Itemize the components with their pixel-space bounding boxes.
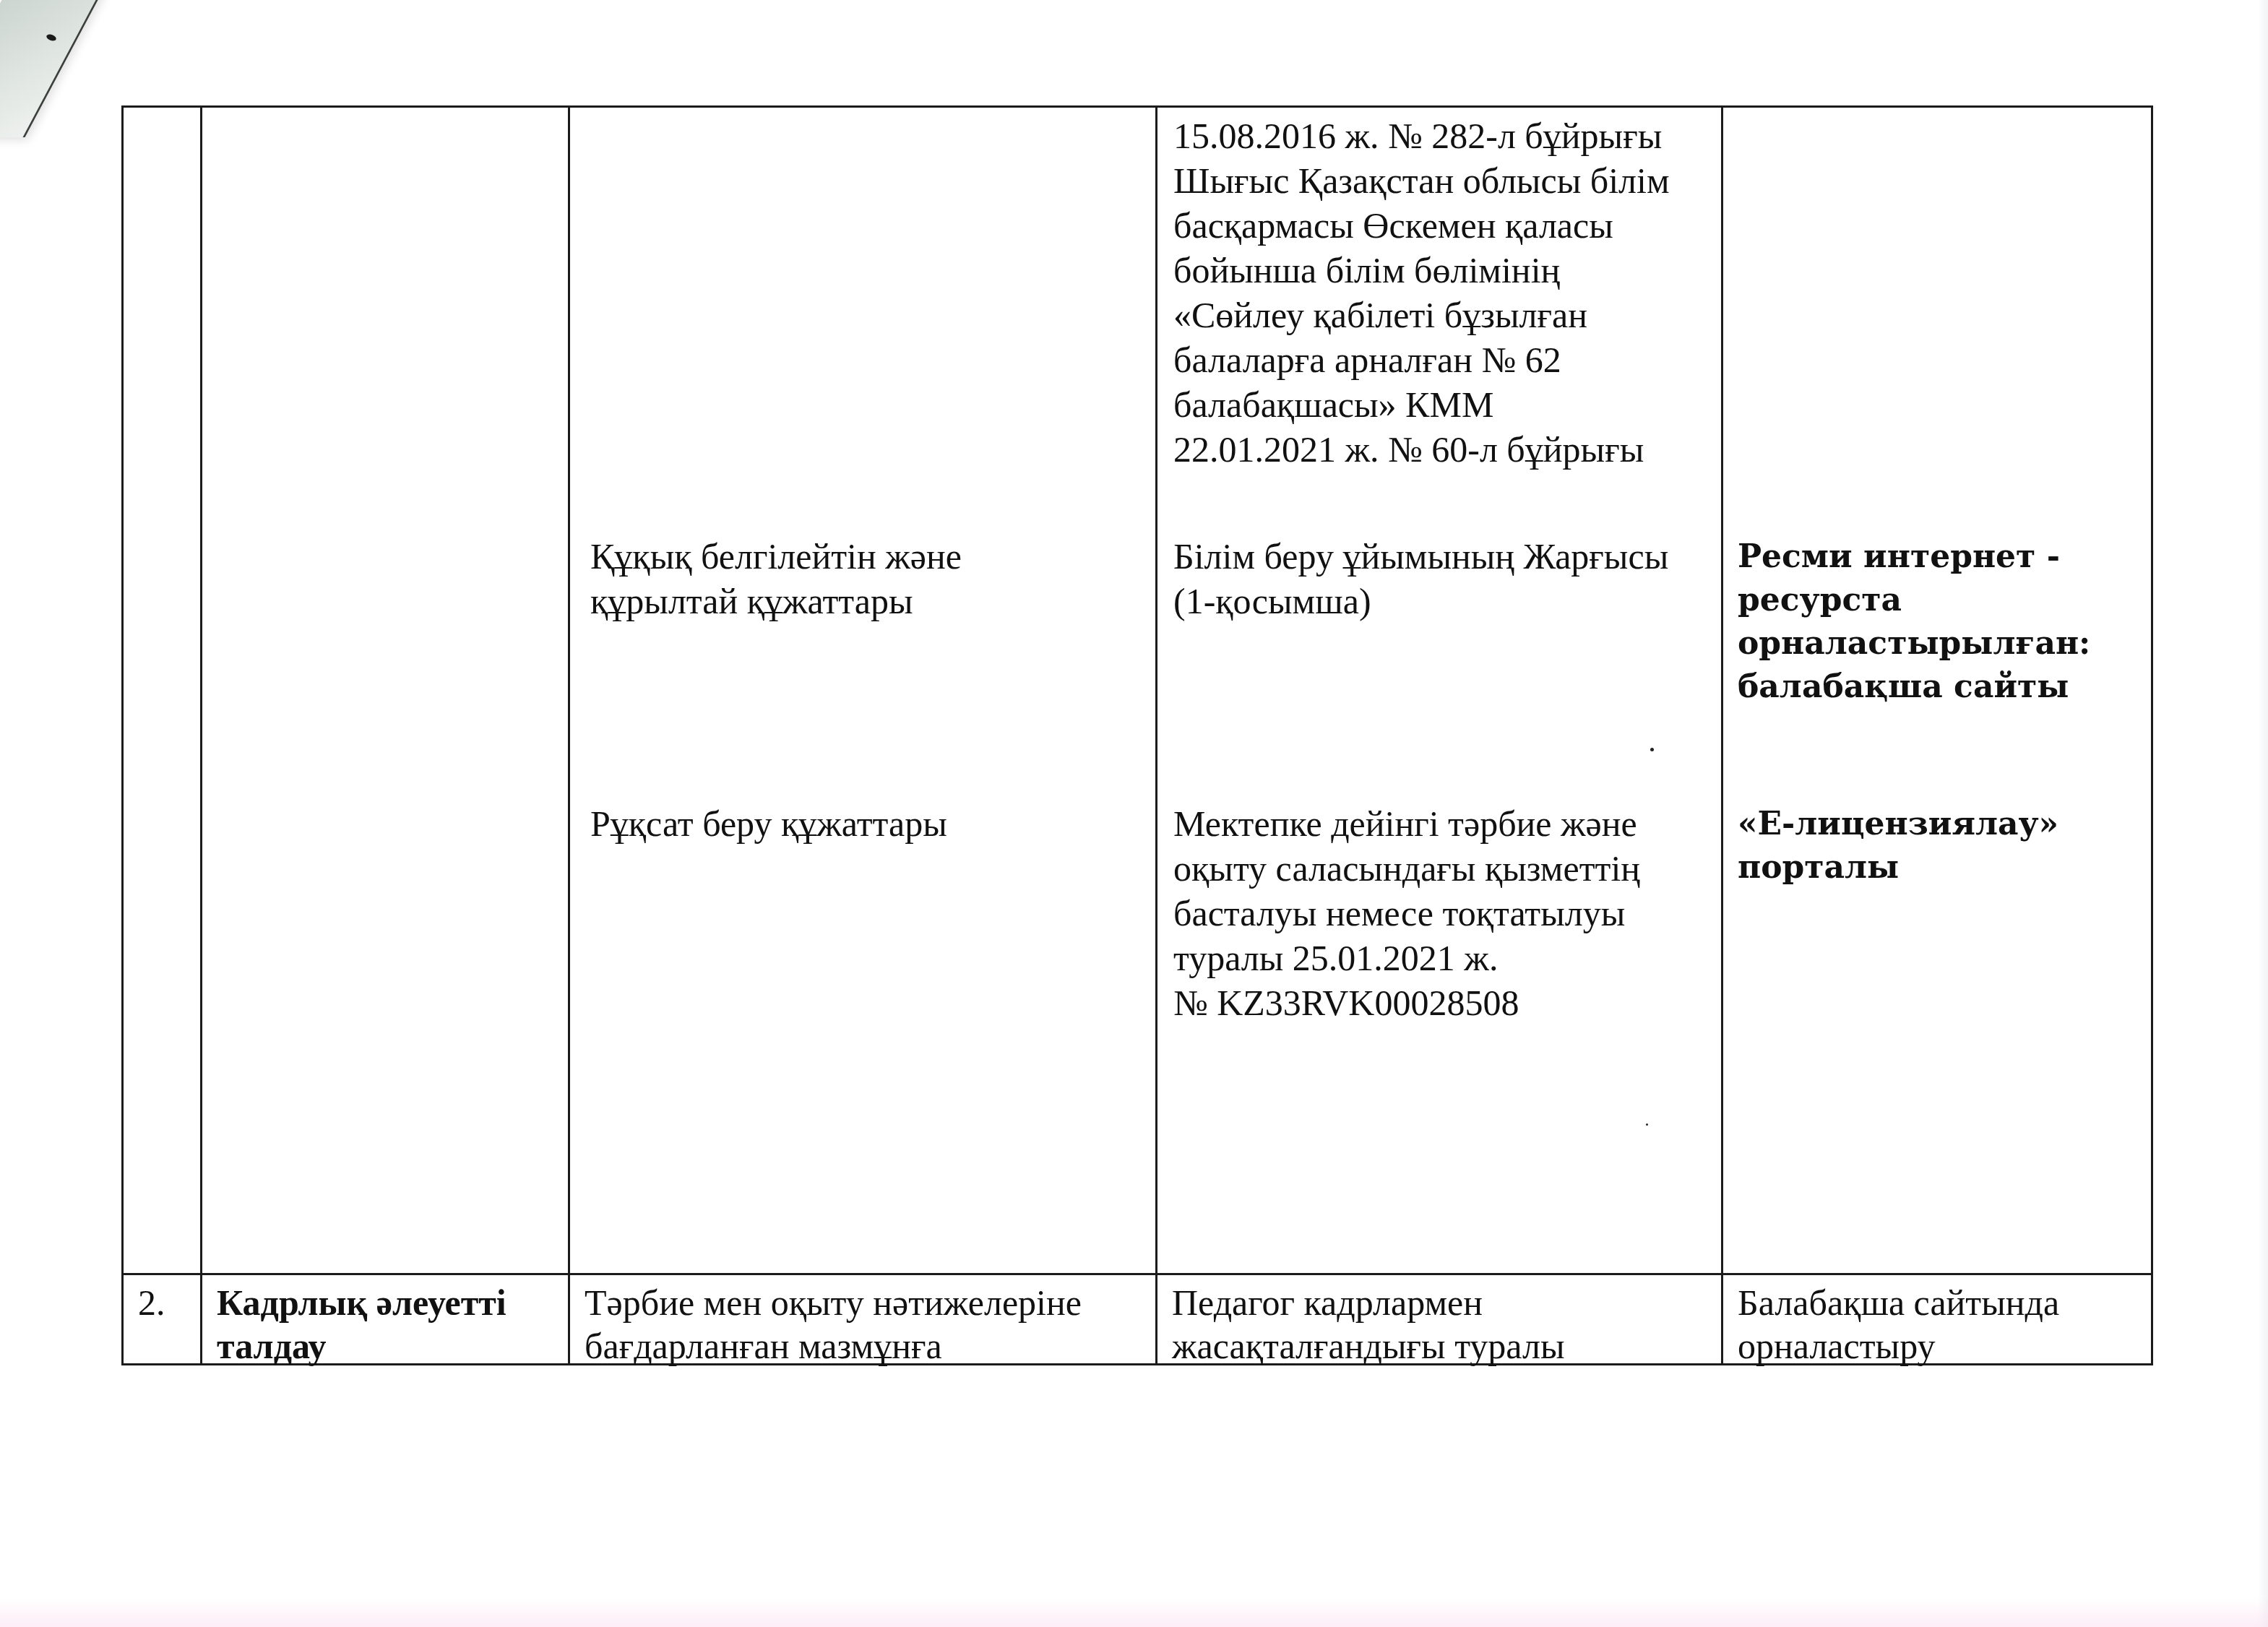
document-orders: 15.08.2016 ж. № 282-л бұйрығы Шығыс Қаза… (1173, 113, 1670, 472)
cell-number (123, 107, 202, 1274)
document-type-founding: Құқық белгілейтін және құрылтай құжаттар… (590, 534, 962, 623)
scan-bottom-edge (0, 1598, 2268, 1627)
scan-speck (1650, 748, 1654, 751)
cell-section: Кадрлық әлеуетті талдау (202, 1274, 569, 1365)
document-table: Құқық белгілейтін және құрылтай құжаттар… (121, 105, 2153, 1365)
cell-document-type: Тәрбие мен оқыту нәтижелеріне бағдарланғ… (569, 1274, 1157, 1365)
section-title: Кадрлық әлеуетті талдау (217, 1281, 506, 1368)
document-type-permit: Рұқсат беру құжаттары (590, 801, 947, 846)
scan-page-corner (0, 0, 109, 137)
table-row: 2. Кадрлық әлеуетті талдау Тәрбие мен оқ… (123, 1274, 2152, 1365)
row-number: 2. (138, 1281, 165, 1324)
scan-right-edge (2258, 0, 2268, 1627)
cell-section (202, 107, 569, 1274)
document-charter: Білім беру ұйымының Жарғысы (1-қосымша) (1173, 534, 1668, 623)
location-website: Ресми интернет - ресурста орналастырылға… (1738, 535, 2090, 709)
cell-location: Ресми интернет - ресурста орналастырылға… (1722, 107, 2152, 1274)
location-e-license-portal: «Е-лицензиялау» порталы (1738, 803, 2058, 889)
scan-speck (1646, 1123, 1648, 1126)
document-license: Мектепке дейінгі тәрбие және оқыту салас… (1173, 801, 1640, 1025)
cell-document-type: Құқық белгілейтін және құрылтай құжаттар… (569, 107, 1157, 1274)
cell-number: 2. (123, 1274, 202, 1365)
cell-document: Педагог кадрлармен жасақталғандығы турал… (1157, 1274, 1722, 1365)
cell-document: 15.08.2016 ж. № 282-л бұйрығы Шығыс Қаза… (1157, 107, 1722, 1274)
table-row: Құқық белгілейтін және құрылтай құжаттар… (123, 107, 2152, 1274)
cell-location: Балабақша сайтында орналастыру (1722, 1274, 2152, 1365)
